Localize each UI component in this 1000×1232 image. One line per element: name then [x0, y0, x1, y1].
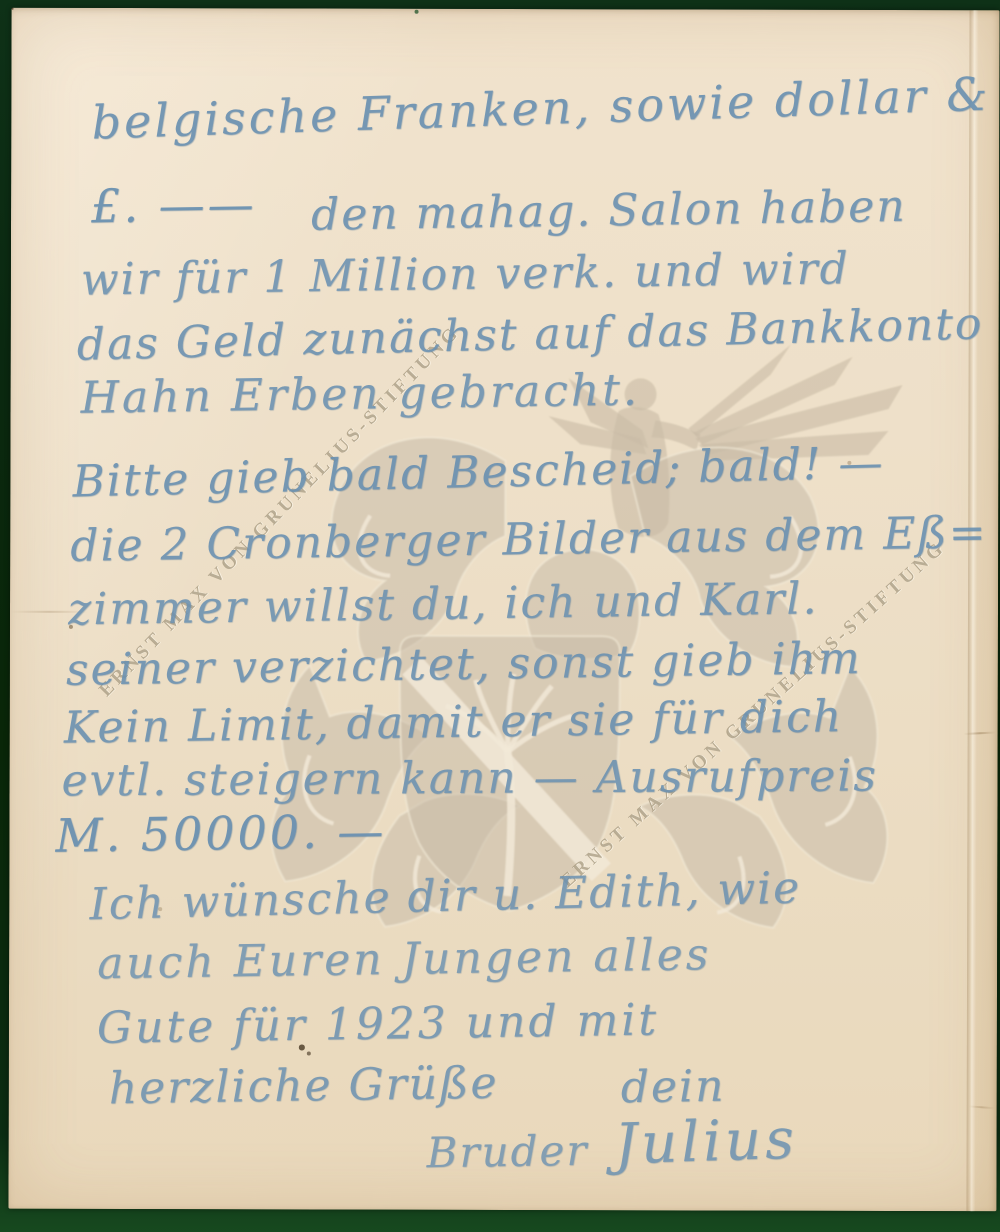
handwritten-line: herzliche Grüße: [108, 1058, 498, 1115]
handwritten-line: die 2 Cronberger Bilder aus dem Eß=: [70, 507, 988, 572]
handwritten-line: Bitte gieb bald Bescheid; bald! —: [72, 437, 885, 507]
handwritten-line: zimmer willst du, ich und Karl.: [68, 573, 819, 635]
handwritten-line: Bruder: [426, 1126, 589, 1177]
scan-background: { "scan": { "background_color": "#0b2a11…: [0, 0, 1000, 1232]
handwriting-layer: belgische Franken, sowie dollar &£. ——de…: [8, 8, 999, 1212]
handwritten-line: das Geld zunächst auf das Bankkonto: [76, 298, 984, 370]
handwritten-line: Gute für 1923 und mit: [97, 995, 660, 1054]
handwritten-line: wir für 1 Million verk. und wird: [81, 243, 851, 305]
handwritten-line: auch Euren Jungen alles: [97, 929, 712, 989]
handwritten-line: evtl. steigern kann — Ausrufpreis: [61, 750, 878, 806]
handwritten-line: Ich wünsche dir u. Edith, wie: [89, 862, 802, 930]
handwritten-line: Julius: [614, 1107, 799, 1178]
paper-specks: [12, 8, 14, 10]
letter-paper: ERNST MAX VON GRUNELIUS-STIFTUNG ERNST M…: [8, 8, 999, 1212]
handwritten-line: seiner verzichtet, sonst gieb ihm: [66, 633, 863, 696]
handwritten-line: £. ——: [91, 177, 257, 233]
handwritten-line: belgische Franken, sowie dollar &: [91, 67, 991, 150]
handwritten-line: den mahag. Salon haben: [311, 181, 907, 241]
handwritten-line: dein: [620, 1061, 725, 1114]
handwritten-line: Hahn Erben gebracht.: [80, 364, 640, 423]
handwritten-line: Kein Limit, damit er sie für dich: [63, 691, 843, 754]
handwritten-line: M. 50000. —: [55, 804, 387, 863]
